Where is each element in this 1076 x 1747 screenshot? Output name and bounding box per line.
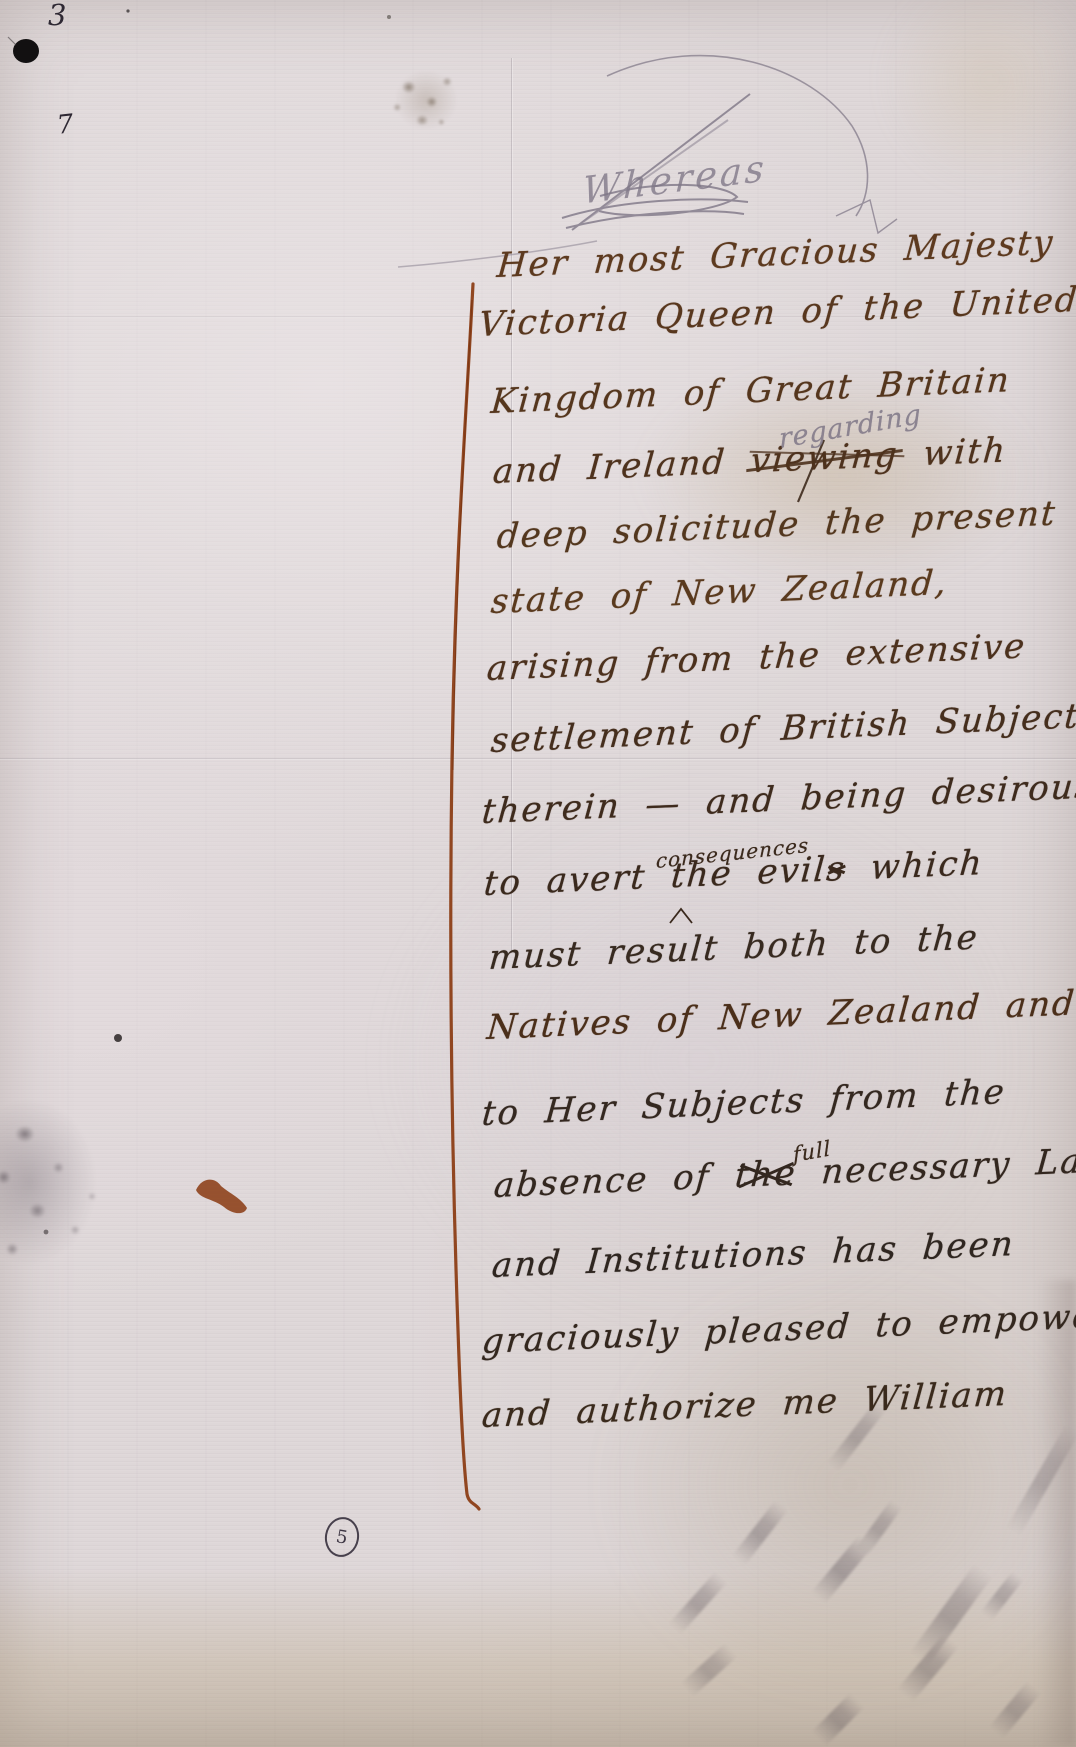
manuscript-line-14: absence of the necessary Laws bbox=[492, 1139, 1076, 1206]
manuscript-line-9: therein — and being desirous bbox=[480, 766, 1076, 832]
manuscript-line-6: state of New Zealand, bbox=[489, 563, 949, 622]
manuscript-line-11: must result both to the bbox=[487, 917, 980, 978]
manuscript-line-13: to Her Subjects from the bbox=[480, 1072, 1007, 1134]
manuscript-line-17: and authorize me William bbox=[480, 1374, 1009, 1436]
struck-word: the bbox=[734, 1153, 799, 1196]
manuscript-line-2: Victoria Queen of the United bbox=[477, 280, 1076, 345]
manuscript-line-4: and Ireland viewing with bbox=[491, 430, 1008, 492]
manuscript-text: Her most Gracious MajestyVictoria Queen … bbox=[0, 0, 1076, 1747]
manuscript-line-12: Natives of New Zealand and bbox=[485, 983, 1076, 1048]
manuscript-line-7: arising from the extensive bbox=[485, 626, 1027, 689]
manuscript-line-8: settlement of British Subjects bbox=[489, 695, 1076, 761]
manuscript-page: 3 7 Whereas 5 Her most Gracious MajestyV… bbox=[0, 0, 1076, 1747]
manuscript-line-3: Kingdom of Great Britain bbox=[489, 360, 1012, 422]
manuscript-line-15: and Institutions has been bbox=[490, 1224, 1016, 1286]
manuscript-line-1: Her most Gracious Majesty bbox=[495, 223, 1055, 287]
manuscript-line-16: graciously pleased to empower bbox=[480, 1295, 1076, 1362]
manuscript-line-5: deep solicitude the present bbox=[495, 493, 1058, 557]
